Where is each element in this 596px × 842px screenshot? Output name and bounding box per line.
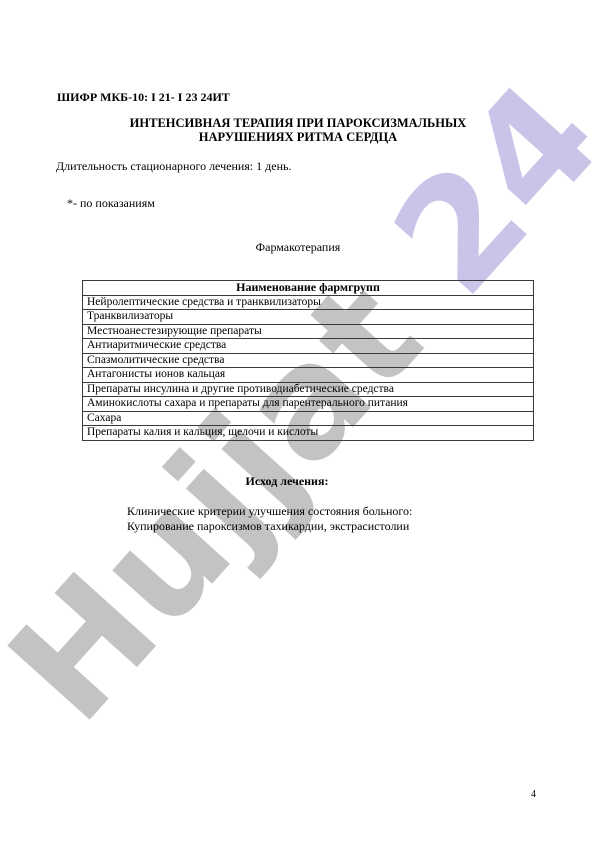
table-row: Нейролептические средства и транквилизат… [83,295,534,310]
treatment-duration-line: Длительность стационарного лечения: 1 де… [56,159,291,174]
pharmgroup-table-head: Наименование фармгрупп [83,281,534,296]
table-row: Антагонисты ионов кальцая [83,368,534,383]
table-cell: Нейролептические средства и транквилизат… [83,295,534,310]
table-cell: Транквилизаторы [83,310,534,325]
table-cell: Аминокислоты сахара и препараты для паре… [83,397,534,412]
table-cell: Спазмолитические средства [83,353,534,368]
footnote-indications: *- по показаниям [67,196,155,211]
outcome-criteria-line2: Купирование пароксизмов тахикардии, экст… [127,519,412,534]
outcome-heading: Исход лечения: [0,474,585,489]
page-number: 4 [531,789,536,800]
document-title-line2: НАРУШЕНИЯХ РИТМА СЕРДЦА [0,130,596,144]
pharmgroup-table: Наименование фармгрупп Нейролептические … [82,280,534,441]
table-cell: Сахара [83,411,534,426]
outcome-criteria: Клинические критерии улучшения состояния… [127,504,412,533]
icd-code-line: ШИФР МКБ-10: I 21- I 23 24ИТ [57,90,230,105]
pharmacotherapy-heading: Фармакотерапия [0,240,596,255]
table-row: Сахара [83,411,534,426]
table-cell: Препараты инсулина и другие противодиабе… [83,382,534,397]
table-row: Спазмолитические средства [83,353,534,368]
table-cell: Препараты калия и кальция, щелочи и кисл… [83,426,534,441]
outcome-criteria-line1: Клинические критерии улучшения состояния… [127,504,412,519]
table-header-row: Наименование фармгрупп [83,281,534,296]
document-title: ИНТЕНСИВНАЯ ТЕРАПИЯ ПРИ ПАРОКСИЗМАЛЬНЫХ … [0,116,596,144]
table-row: Препараты калия и кальция, щелочи и кисл… [83,426,534,441]
table-row: Антиаритмические средства [83,339,534,354]
table-cell: Антиаритмические средства [83,339,534,354]
table-row: Транквилизаторы [83,310,534,325]
document-content: ШИФР МКБ-10: I 21- I 23 24ИТ ИНТЕНСИВНАЯ… [0,0,596,842]
pharmgroup-table-body: Нейролептические средства и транквилизат… [83,295,534,440]
table-header-cell: Наименование фармгрупп [83,281,534,296]
document-page: Hujjat 24 ШИФР МКБ-10: I 21- I 23 24ИТ И… [0,0,596,842]
table-row: Аминокислоты сахара и препараты для паре… [83,397,534,412]
table-cell: Местноанестезирующие препараты [83,324,534,339]
table-row: Препараты инсулина и другие противодиабе… [83,382,534,397]
table-row: Местноанестезирующие препараты [83,324,534,339]
document-title-line1: ИНТЕНСИВНАЯ ТЕРАПИЯ ПРИ ПАРОКСИЗМАЛЬНЫХ [0,116,596,130]
table-cell: Антагонисты ионов кальцая [83,368,534,383]
